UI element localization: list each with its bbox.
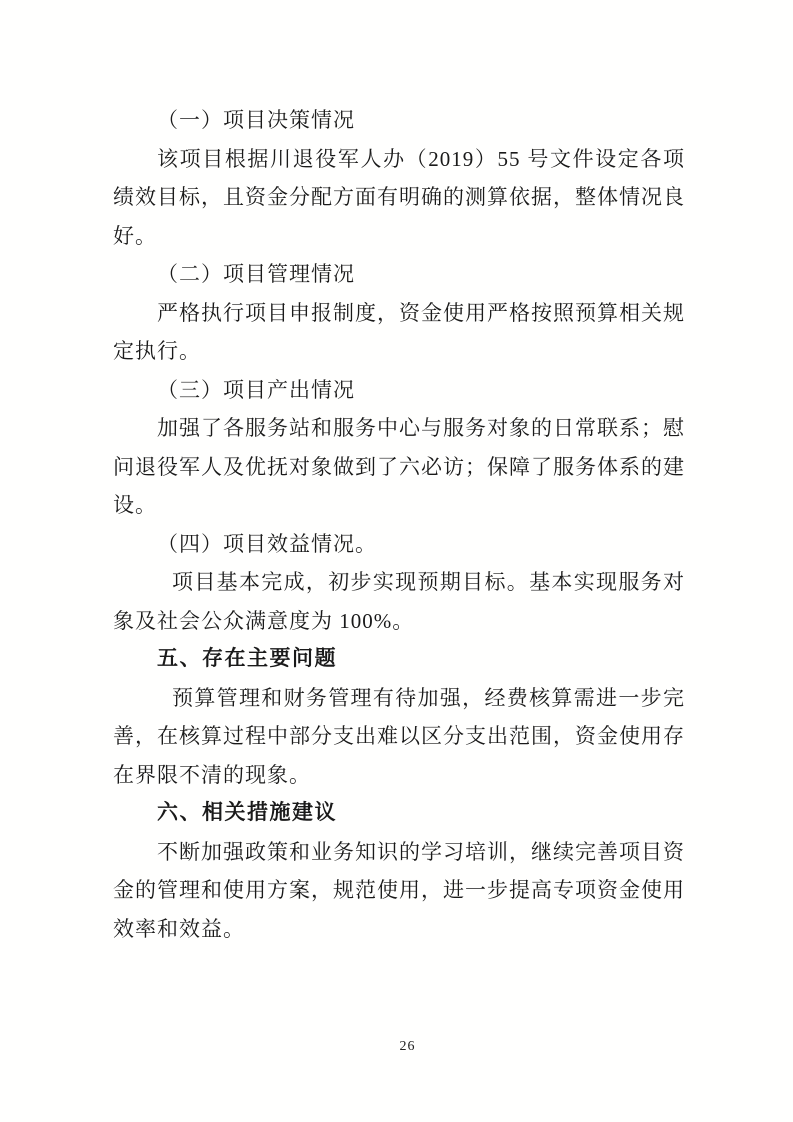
paragraph-decision: 该项目根据川退役军人办（2019）55 号文件设定各项绩效目标，且资金分配方面有… [113, 140, 685, 256]
document-body: （一）项目决策情况 该项目根据川退役军人办（2019）55 号文件设定各项绩效目… [113, 101, 685, 948]
section-heading-6: 六、相关措施建议 [113, 794, 685, 833]
section-heading-5: 五、存在主要问题 [113, 640, 685, 679]
paragraph-problems: 预算管理和财务管理有待加强，经费核算需进一步完善，在核算过程中部分支出难以区分支… [113, 679, 685, 795]
section-subheading-2: （二）项目管理情况 [113, 255, 685, 294]
document-page: （一）项目决策情况 该项目根据川退役军人办（2019）55 号文件设定各项绩效目… [0, 0, 793, 1122]
paragraph-benefit: 项目基本完成，初步实现预期目标。基本实现服务对象及社会公众满意度为 100%。 [113, 563, 685, 640]
paragraph-output: 加强了各服务站和服务中心与服务对象的日常联系；慰问退役军人及优抚对象做到了六必访… [113, 409, 685, 525]
section-subheading-4: （四）项目效益情况。 [113, 525, 685, 564]
section-subheading-1: （一）项目决策情况 [113, 101, 685, 140]
section-subheading-3: （三）项目产出情况 [113, 371, 685, 410]
paragraph-suggestions: 不断加强政策和业务知识的学习培训，继续完善项目资金的管理和使用方案，规范使用，进… [113, 833, 685, 949]
paragraph-management: 严格执行项目申报制度，资金使用严格按照预算相关规定执行。 [113, 294, 685, 371]
page-number: 26 [0, 1039, 793, 1055]
